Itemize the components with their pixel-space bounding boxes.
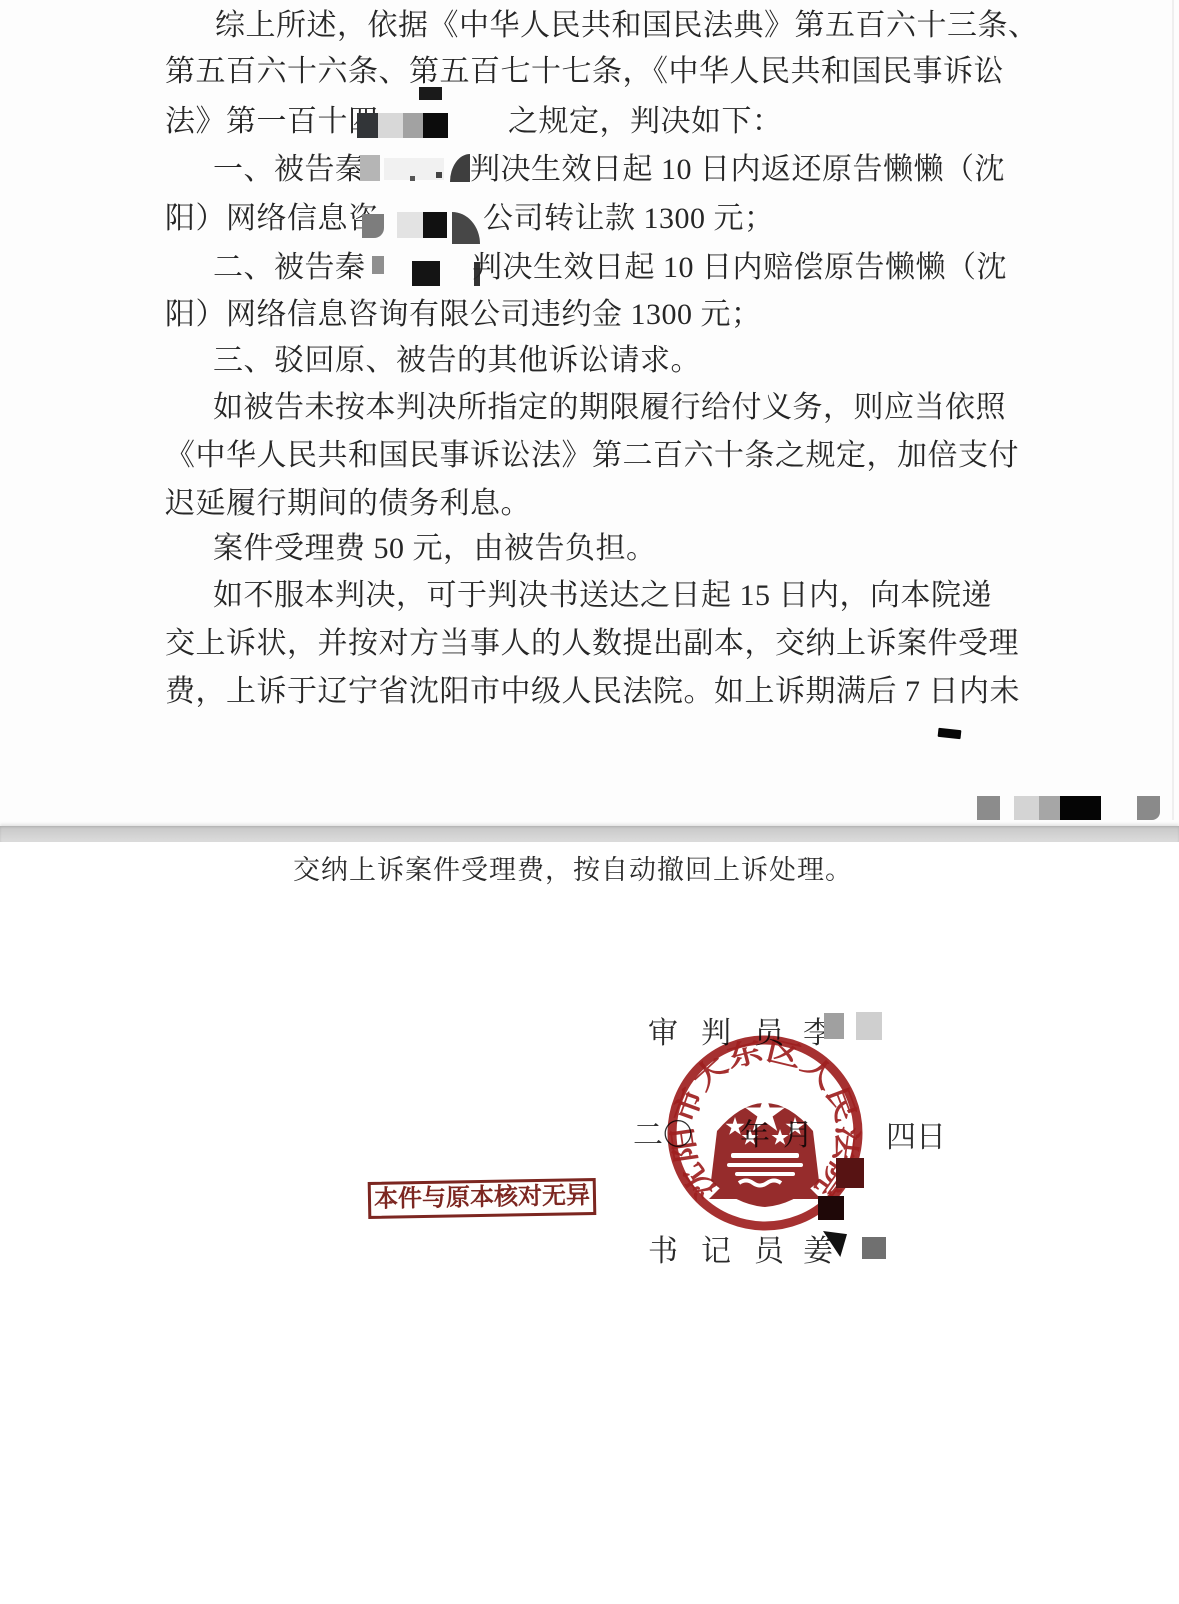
date-fragment-4: 四 xyxy=(886,1112,916,1156)
body-line-3-start: 法》第一百十四 xyxy=(165,104,379,140)
redaction-block xyxy=(412,261,440,286)
body-line-11: 迟延履行期间的债务利息。 xyxy=(165,486,531,522)
redaction-block xyxy=(436,172,442,178)
body-line-6-start: 二、被告秦 xyxy=(213,250,366,286)
scanned-judgment-document: 综上所述，依据《中华人民共和国民法典》第五百六十三条、 第五百六十六条、第五百七… xyxy=(0,0,1179,1604)
page-2 xyxy=(0,842,1179,1604)
redaction-block xyxy=(397,212,423,238)
redaction-block xyxy=(818,1196,844,1220)
body-line-1: 综上所述，依据《中华人民共和国民法典》第五百六十三条、 xyxy=(215,8,1039,44)
redaction-block xyxy=(357,113,378,138)
redaction-block xyxy=(410,176,415,181)
body-line-8: 三、驳回原、被告的其他诉讼请求。 xyxy=(213,343,701,379)
redaction-block xyxy=(862,1237,886,1259)
verification-stamp: 本件与原本核对无异 xyxy=(368,1178,597,1219)
body-line-4-end: 判决生效日起 10 日内返还原告懒懒（沈 xyxy=(470,152,1005,188)
redaction-block xyxy=(977,796,1000,820)
body-line-4-start: 一、被告秦 xyxy=(213,152,366,188)
clerk-title-label: 书记员 xyxy=(648,1226,807,1270)
body-line-12: 案件受理费 50 元，由被告负担。 xyxy=(213,531,657,567)
redaction-block xyxy=(360,155,380,181)
redaction-block xyxy=(372,256,384,274)
page-break-separator xyxy=(0,826,1179,842)
body-line-15: 费，上诉于辽宁省沈阳市中级人民法院。如上诉期满后 7 日内未 xyxy=(165,674,1020,710)
date-fragment-5: 日 xyxy=(916,1112,946,1156)
redaction-block xyxy=(450,154,470,182)
body-line-3-end: 之规定，判决如下： xyxy=(508,104,783,140)
redaction-block xyxy=(378,113,403,138)
redaction-block xyxy=(836,1158,864,1188)
body-line-13: 如不服本判决，可于判决书送达之日起 15 日内，向本院递 xyxy=(213,578,992,614)
redaction-block xyxy=(362,214,384,238)
redaction-block xyxy=(423,113,448,138)
redaction-block xyxy=(403,113,423,138)
redaction-block xyxy=(423,212,447,238)
redaction-block xyxy=(1014,796,1039,820)
body-line-2: 第五百六十六条、第五百七十七条，《中华人民共和国民事诉讼 xyxy=(165,54,1004,90)
page2-line-1: 交纳上诉案件受理费，按自动撤回上诉处理。 xyxy=(293,853,853,887)
body-line-5-end: 公司转让款 1300 元； xyxy=(483,201,775,237)
redaction-block xyxy=(1039,796,1060,820)
body-line-9: 如被告未按本判决所指定的期限履行给付义务，则应当依照 xyxy=(213,390,1006,426)
body-line-7: 阳）网络信息咨询有限公司违约金 1300 元； xyxy=(165,297,762,333)
national-emblem xyxy=(709,1093,821,1207)
redaction-block xyxy=(452,212,480,244)
body-line-5-start: 阳）网络信息咨 xyxy=(165,201,379,237)
body-line-10: 《中华人民共和国民事诉讼法》第二百六十条之规定，加倍支付 xyxy=(165,438,1019,474)
redaction-block xyxy=(1060,796,1101,820)
redaction-block xyxy=(1137,796,1160,820)
scan-edge-artifact xyxy=(1172,0,1174,820)
redaction-block xyxy=(419,87,442,100)
page-1: 综上所述，依据《中华人民共和国民法典》第五百六十三条、 第五百六十六条、第五百七… xyxy=(0,0,1179,826)
body-line-6-end: 判决生效日起 10 日内赔偿原告懒懒（沈 xyxy=(472,250,1007,286)
ink-mark xyxy=(938,728,962,739)
body-line-14: 交上诉状，并按对方当事人的人数提出副本，交纳上诉案件受理 xyxy=(165,626,1019,662)
